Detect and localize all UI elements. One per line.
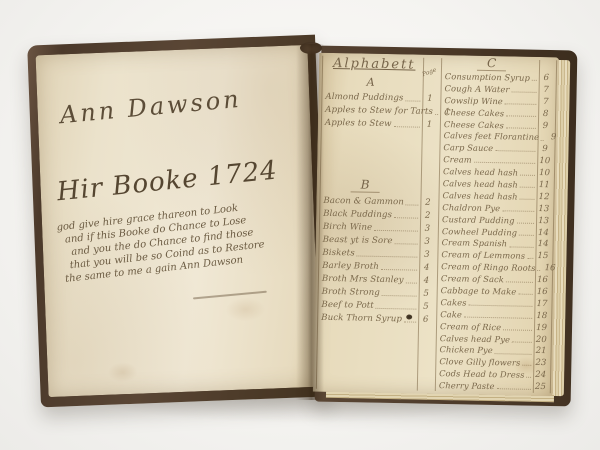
recipe-name: Apples to Stew — [325, 117, 392, 128]
page-number: 18 — [534, 311, 549, 321]
left-page: Ann Dawson Hir Booke 1724 god give hire … — [36, 45, 321, 397]
recipe-name: Cheese Cakes — [444, 119, 504, 130]
dash-leader — [519, 229, 534, 236]
index-row: Apples to Stew 1 — [325, 116, 437, 131]
page-number: 16 — [535, 287, 550, 297]
page-number: 1 — [422, 93, 437, 103]
section-letter-b: B — [351, 177, 380, 193]
index-section-b-rows: Bacon & Gammon 2 Black Puddings 2 Birch … — [321, 194, 435, 326]
foxing-stain — [225, 297, 266, 323]
recipe-name: Almond Puddings — [325, 91, 403, 102]
dash-leader — [394, 211, 418, 218]
recipe-name: Chaldron Pye — [442, 202, 500, 213]
page-number: 13 — [536, 204, 551, 214]
page-number: 4 — [419, 262, 434, 272]
recipe-name: Cream of Rice — [440, 321, 501, 332]
dash-leader — [511, 86, 536, 93]
dash-leader — [382, 289, 417, 297]
page-number: 12 — [536, 192, 551, 202]
recipe-name: Cake — [440, 309, 462, 319]
page-number: 9 — [537, 144, 552, 154]
page-number: 6 — [418, 314, 433, 324]
page-number: 5 — [419, 288, 434, 298]
page-number: 1 — [422, 119, 437, 129]
recipe-name: Calves head hash — [442, 190, 517, 201]
owner-signature: Ann Dawson — [59, 85, 243, 129]
recipe-name: Bacon & Gammon — [323, 195, 404, 207]
dash-leader — [394, 120, 420, 127]
recipe-name: Cowheel Pudding — [442, 226, 517, 237]
page-number: 17 — [534, 299, 549, 309]
section-letter-c: C — [477, 56, 506, 72]
recipe-name: Cowslip Wine — [444, 95, 503, 106]
dash-leader — [374, 224, 418, 232]
page-number: 3 — [419, 249, 434, 259]
page-number: 2 — [420, 197, 435, 207]
dash-leader — [406, 198, 419, 205]
recipe-name: Calves head hash — [443, 166, 518, 177]
page-number: 10 — [537, 156, 552, 166]
dash-leader — [495, 145, 535, 152]
dash-leader — [406, 277, 417, 284]
recipe-name: Black Puddings — [323, 208, 392, 219]
recipe-name: Cheese Cakes — [444, 107, 504, 118]
dash-leader — [518, 288, 533, 295]
dash-leader — [506, 110, 536, 117]
index-row: Cherry Paste 25 — [439, 379, 548, 393]
dash-leader — [506, 122, 536, 129]
dash-leader — [435, 108, 438, 115]
recipe-name: Cherry Paste — [439, 380, 495, 391]
page-number: 15 — [535, 251, 550, 261]
dash-leader — [527, 253, 533, 259]
page-number: 25 — [533, 382, 548, 392]
page-number: 13 — [536, 216, 551, 226]
recipe-name: Broth Mrs Stanley — [322, 273, 404, 285]
recipe-name: Cream of Ringo Roots — [441, 261, 536, 273]
dash-leader — [474, 157, 536, 165]
recipe-name: Buck Thorn Syrup — [321, 312, 402, 324]
dash-leader — [520, 181, 535, 188]
photo-backdrop: Ann Dawson Hir Booke 1724 god give hire … — [0, 0, 600, 450]
page-number: 11 — [537, 180, 552, 190]
dash-leader — [357, 250, 418, 258]
recipe-name: Custard Pudding — [442, 214, 515, 225]
page-number: 24 — [533, 370, 548, 380]
section-letter-a: A — [367, 76, 375, 89]
page-number: 8 — [538, 109, 553, 119]
recipe-name: Cream Spanish — [442, 238, 508, 249]
dash-leader — [464, 311, 532, 319]
dash-leader — [541, 134, 544, 140]
dash-leader — [520, 169, 535, 176]
page-number: 16 — [542, 263, 557, 273]
dash-leader — [502, 205, 534, 212]
recipe-name: Birch Wine — [323, 221, 372, 232]
pen-flourish-line — [193, 291, 267, 300]
gutter-shadow — [296, 44, 324, 400]
recipe-name: Cabbage to Make — [441, 285, 517, 296]
recipe-name: Beast yt is Sore — [323, 234, 393, 245]
recipe-name: Cream of Sack — [441, 273, 504, 284]
recipe-name: Calves feet Florantine — [444, 131, 540, 143]
recipe-name: Cakes — [440, 297, 466, 307]
dash-leader — [522, 360, 531, 367]
dash-leader — [497, 383, 531, 390]
page-number: 4 — [419, 275, 434, 285]
recipe-name: Carp Sauce — [443, 142, 493, 153]
index-section-c-rows: Consumption Syrup 6 Cough A Water 7 Cows… — [439, 70, 554, 393]
recipe-name: Biskets — [322, 247, 355, 258]
dash-leader — [532, 75, 537, 81]
recipe-name: Cream of Lemmons — [441, 249, 525, 261]
recipe-name: Apples to Stew for Tarts — [325, 104, 433, 116]
page-number: 5 — [418, 301, 433, 311]
recipe-name: Cough A Water — [445, 83, 510, 94]
recipe-name: Cods Head to Dress — [439, 368, 525, 380]
recipe-name: Calves head Pye — [440, 333, 510, 344]
page-number: 20 — [534, 334, 549, 344]
page-number: 7 — [538, 97, 553, 107]
recipe-name: Clove Gilly flowers — [439, 356, 520, 368]
page-number: 16 — [535, 275, 550, 285]
dash-leader — [495, 347, 532, 354]
dash-leader — [395, 237, 418, 244]
page-number: 6 — [539, 73, 554, 83]
book-title: Hir Booke 1724 — [56, 155, 280, 207]
dash-leader — [506, 276, 533, 283]
recipe-name: Chicken Pye — [440, 345, 493, 356]
dash-leader — [509, 241, 534, 248]
dash-leader — [538, 265, 541, 271]
page-number: 23 — [533, 358, 548, 368]
page-number: 3 — [420, 223, 435, 233]
recipe-name: Cream — [443, 154, 472, 165]
page-number: 9 — [538, 120, 553, 130]
recipe-name: Calves head hash — [443, 178, 518, 189]
page-number: 19 — [534, 323, 549, 333]
dash-leader — [404, 315, 416, 322]
dash-leader — [512, 336, 532, 343]
dash-leader — [526, 372, 531, 378]
dash-leader — [405, 94, 420, 101]
page-number: 10 — [537, 168, 552, 178]
index-title: Alphabett — [333, 56, 416, 73]
dash-leader — [505, 98, 537, 105]
recipe-name: Beef to Pott — [321, 299, 374, 310]
dash-leader — [381, 263, 417, 271]
right-page-index: Alphabett Page A Almond Puddings 1 Apple… — [313, 53, 559, 397]
index-section-a-rows: Almond Puddings 1 Apples to Stew for Tar… — [325, 90, 438, 131]
ownership-verse: god give hire grace thareon to Look and … — [56, 194, 314, 286]
recipe-name: Barley Broth — [322, 260, 379, 271]
dash-leader — [517, 217, 535, 224]
recipe-name: Consumption Syrup — [445, 71, 530, 83]
dash-leader — [468, 299, 532, 307]
dash-leader — [520, 193, 535, 200]
recipe-name: Broth Strong — [322, 286, 380, 297]
page-number: 9 — [546, 132, 561, 142]
page-number: 14 — [536, 227, 551, 237]
index-row: Buck Thorn Syrup 6 — [321, 311, 433, 326]
dash-leader — [503, 324, 532, 331]
page-number: 3 — [420, 236, 435, 246]
page-number: 2 — [420, 210, 435, 220]
page-number: 7 — [539, 85, 554, 95]
dash-leader — [376, 302, 417, 310]
page-number: 21 — [533, 346, 548, 356]
foxing-stain — [107, 362, 138, 383]
page-number: 14 — [536, 239, 551, 249]
